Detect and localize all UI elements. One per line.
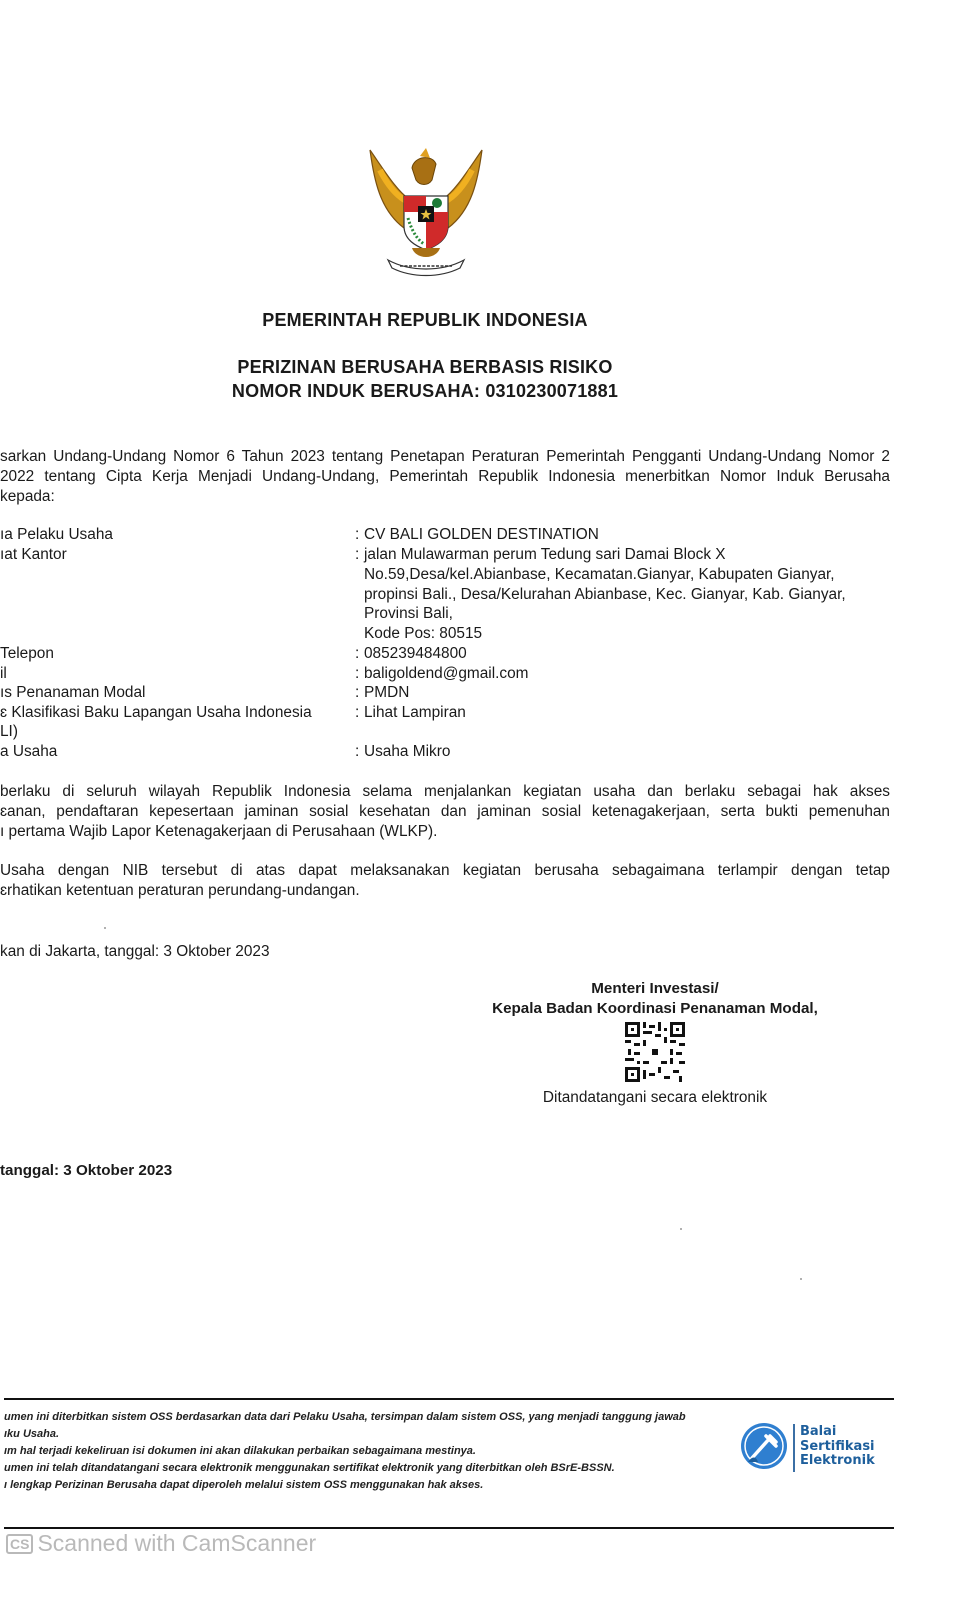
label-investment-type: ıs Penanaman Modal [0, 684, 145, 702]
footer-note: umen ini telah ditandatangani secara ele… [4, 1462, 615, 1474]
value-email: baligoldend@gmail.com [364, 664, 529, 684]
intro-line: 2022 tentang Cipta Kerja Menjadi Undang-… [0, 467, 890, 487]
value-business-scale: Usaha Mikro [364, 742, 450, 762]
label-kbli: ɛ Klasifikasi Baku Lapangan Usaha Indone… [0, 704, 312, 722]
label-office-address: ıat Kantor [0, 546, 67, 564]
value-investment-type: PMDN [364, 683, 409, 703]
separator: : [355, 546, 359, 564]
value-office-address: jalan Mulawarman perum Tedung sari Damai… [364, 545, 846, 644]
label-kbli-cont: LI) [0, 723, 18, 741]
footer-bottom-rule [4, 1527, 894, 1529]
footer-note: umen ini diterbitkan sistem OSS berdasar… [4, 1411, 686, 1423]
value-phone: 085239484800 [364, 644, 467, 664]
label-email: il [0, 665, 7, 683]
separator: : [355, 704, 359, 722]
government-heading: PEMERINTAH REPUBLIK INDONESIA [0, 310, 850, 331]
bsre-divider [793, 1424, 795, 1472]
scan-speck [800, 1278, 802, 1280]
intro-paragraph: sarkan Undang-Undang Nomor 6 Tahun 2023 … [0, 447, 890, 506]
issued-place-date: kan di Jakarta, tanggal: 3 Oktober 2023 [0, 943, 270, 961]
label-business-name: ıa Pelaku Usaha [0, 526, 113, 544]
footer-note: ıku Usaha. [4, 1428, 59, 1440]
print-date: tanggal: 3 Oktober 2023 [0, 1162, 172, 1179]
qr-code-icon [625, 1022, 685, 1082]
garuda-emblem-icon [360, 140, 492, 280]
value-business-name: CV BALI GOLDEN DESTINATION [364, 525, 599, 545]
scan-speck [104, 927, 106, 929]
label-business-scale: a Usaha [0, 743, 57, 761]
nib-number: NOMOR INDUK BERUSAHA: 0310230071881 [0, 381, 850, 402]
signature-note: Ditandatangani secara elektronik [470, 1089, 840, 1107]
value-kbli: Lihat Lampiran [364, 703, 466, 723]
separator: : [355, 743, 359, 761]
bsre-logo-icon [740, 1422, 788, 1470]
obligation-paragraph: Usaha dengan NIB tersebut di atas dapat … [0, 861, 890, 901]
bsre-wordmark: Balai Sertifikasi Elektronik [800, 1425, 875, 1469]
scan-speck [680, 1228, 682, 1230]
signatory-title: Menteri Investasi/ [470, 980, 840, 997]
separator: : [355, 684, 359, 702]
separator: : [355, 645, 359, 663]
intro-line: sarkan Undang-Undang Nomor 6 Tahun 2023 … [0, 447, 890, 467]
separator: : [355, 526, 359, 544]
permit-title: PERIZINAN BERUSAHA BERBASIS RISIKO [0, 357, 850, 378]
label-phone: Telepon [0, 645, 54, 663]
intro-line: kepada: [0, 487, 890, 507]
validity-paragraph: berlaku di seluruh wilayah Republik Indo… [0, 782, 890, 841]
camscanner-badge-icon: CS [6, 1534, 33, 1554]
footer-note: ı lengkap Perizinan Berusaha dapat diper… [4, 1479, 483, 1491]
separator: : [355, 665, 359, 683]
signatory-office: Kepala Badan Koordinasi Penanaman Modal, [470, 1000, 840, 1017]
camscanner-watermark: CS Scanned with CamScanner [6, 1530, 316, 1557]
footer-note: ım hal terjadi kekeliruan isi dokumen in… [4, 1445, 476, 1457]
camscanner-text: Scanned with CamScanner [37, 1530, 316, 1557]
footer-top-rule [4, 1398, 894, 1400]
